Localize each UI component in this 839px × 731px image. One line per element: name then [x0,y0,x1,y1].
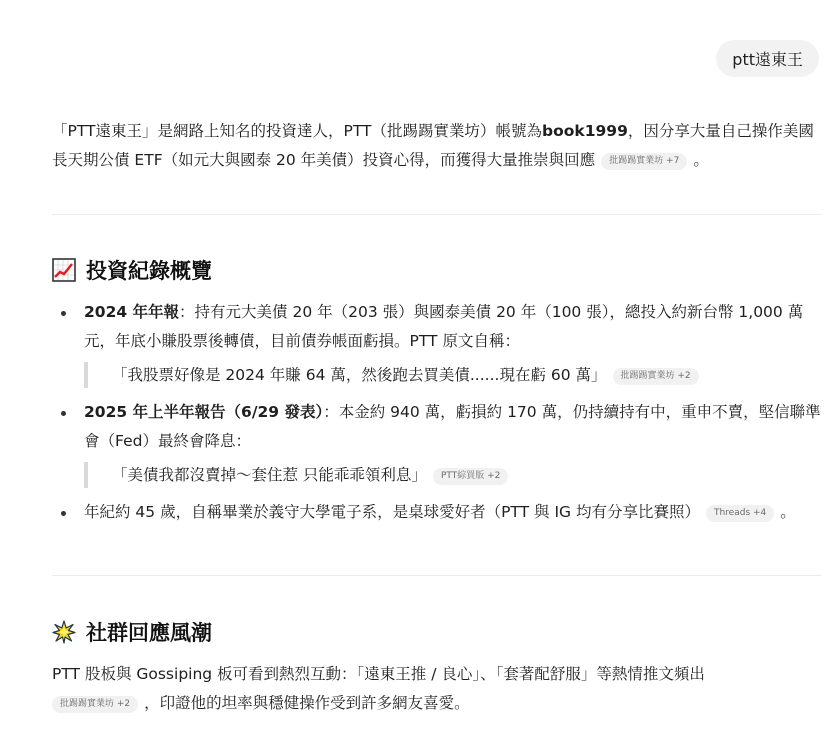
source-chip[interactable]: 批踢踢實業坊 +2 [613,368,699,385]
social-text-2: ，印證他的坦率與穩健操作受到許多網友喜愛。 [144,694,470,712]
item-text: ：持有元大美債 20 年（203 張）與國泰美債 20 年（100 張），總投入… [84,303,803,350]
section-heading-social: 社群回應風潮 [52,617,212,647]
item-text: 年紀約 45 歲，自稱畢業於義守大學電子系，是桌球愛好者（PTT 與 IG 均有… [84,503,700,521]
source-chip[interactable]: 批踢踢實業坊 +2 [52,696,138,713]
intro-paragraph: 「PTT遠東王」是網路上知名的投資達人，PTT（批踢踢實業坊）帳號為book19… [52,117,822,175]
item-label: 2025 年上半年報告（6/29 發表） [84,403,323,421]
user-message-bubble: ptt遠東王 [716,40,819,77]
source-chip[interactable]: Threads +4 [706,505,774,522]
sparkle-burst-icon [52,620,76,644]
social-text: PTT 股板與 Gossiping 板可看到熱烈互動：「遠東王推 / 良心」、「… [52,665,705,683]
section-title: 社群回應風潮 [86,617,212,647]
source-chip[interactable]: PTT綜買版 +2 [433,468,508,485]
item-end: 。 [780,503,796,521]
list-item: 2025 年上半年報告（6/29 發表）：本金約 940 萬，虧損約 170 萬… [52,398,822,488]
chart-increasing-icon [52,258,76,282]
list-item: 年紀約 45 歲，自稱畢業於義守大學電子系，是桌球愛好者（PTT 與 IG 均有… [52,498,822,527]
quote-text: 「我股票好像是 2024 年賺 64 萬，然後跑去買美債......現在虧 60… [112,366,607,384]
section-heading-investment: 投資紀錄概覽 [52,255,212,285]
section-divider [52,575,822,576]
blockquote: 「美債我都沒賣掉～套住惹 只能乖乖領利息」PTT綜買版 +2 [84,462,822,488]
item-label: 2024 年年報 [84,303,179,321]
source-chip[interactable]: 批踢踢實業坊 +7 [601,153,687,170]
investment-list: 2024 年年報：持有元大美債 20 年（203 張）與國泰美債 20 年（10… [52,298,822,527]
social-paragraph: PTT 股板與 Gossiping 板可看到熱烈互動：「遠東王推 / 良心」、「… [52,660,822,718]
quote-text: 「美債我都沒賣掉～套住惹 只能乖乖領利息」 [112,466,427,484]
intro-end: 。 [693,151,709,169]
section-title: 投資紀錄概覽 [86,255,212,285]
blockquote: 「我股票好像是 2024 年賺 64 萬，然後跑去買美債......現在虧 60… [84,362,822,388]
intro-text-1: 「PTT遠東王」是網路上知名的投資達人，PTT（批踢踢實業坊）帳號為 [52,122,542,140]
account-name: book1999 [542,122,628,140]
list-item: 2024 年年報：持有元大美債 20 年（203 張）與國泰美債 20 年（10… [52,298,822,388]
section-divider [52,214,822,215]
user-message-text: ptt遠東王 [732,50,803,69]
